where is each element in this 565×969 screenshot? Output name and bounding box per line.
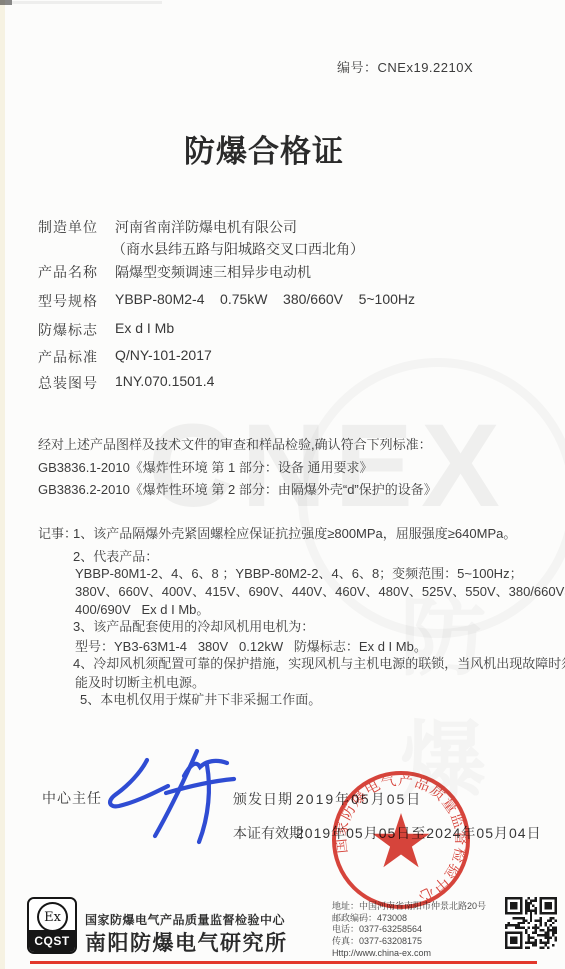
- certificate-page: 编号：CNEx19.2210X 防爆合格证 制造单位 河南省南洋防爆电机有限公司…: [0, 0, 565, 969]
- ex-mark-text: Ex: [44, 910, 61, 925]
- field-value: Q/NY-101-2017: [115, 347, 212, 363]
- field-label: 型号规格: [38, 291, 98, 311]
- ex-mark-icon: Ex: [37, 902, 68, 932]
- contact-phone: 电话：0377-63258564: [332, 924, 502, 936]
- contact-block: 地址：中国河南省南阳市仲景北路20号 邮政编码：473008 电话：0377-6…: [332, 901, 502, 960]
- field-value: 隔爆型变频调速三相异步电动机: [115, 262, 311, 282]
- field-label: 产品标准: [38, 347, 98, 367]
- signature-strokes: [100, 748, 240, 853]
- org-name: 国家防爆电气产品质量监督检验中心: [85, 911, 285, 928]
- scan-smudge: [12, 1, 162, 4]
- field-label: 制造单位: [38, 217, 98, 237]
- notes-label: 记事：: [38, 523, 77, 542]
- field-value: （商水县纬五路与阳城路交叉口西北角）: [112, 239, 364, 259]
- director-signature: [100, 748, 240, 853]
- logo-top-section: Ex: [29, 899, 75, 930]
- contact-website: Http://www.china-ex.com: [332, 948, 502, 960]
- serial-label: 编号：: [337, 60, 378, 75]
- qr-code: [505, 897, 557, 949]
- field-label: 防爆标志: [38, 320, 98, 340]
- certificate-title: 防爆合格证: [184, 126, 344, 171]
- standard-line: GB3836.1-2010《爆炸性环境 第 1 部分：设备 通用要求》: [38, 457, 372, 476]
- serial-value: CNEx19.2210X: [378, 60, 474, 75]
- field-value: YBBP-80M2-4 0.75kW 380/660V 5~100Hz: [115, 291, 415, 307]
- scan-edge-strip: [0, 0, 5, 969]
- ex-cqst-logo: Ex CQST: [27, 897, 77, 954]
- scan-smudge: [0, 0, 12, 5]
- official-red-seal: 国家防爆电气产品质量监督检验中心: [328, 763, 474, 909]
- field-value: 河南省南洋防爆电机有限公司: [115, 217, 297, 237]
- field-value: 1NY.070.1501.4: [115, 373, 214, 389]
- field-value: Ex d I Mb: [115, 320, 174, 336]
- note-line: YBBP-80M1-2、4、6、8 ；YBBP-80M2-2、4、6、8；变频范…: [75, 563, 523, 582]
- seal-star: [373, 813, 430, 867]
- note-line: 5、本电机仅用于煤矿井下非采掘工作面。: [80, 689, 321, 708]
- serial-number-line: 编号：CNEx19.2210X: [337, 57, 473, 76]
- cqst-mark: CQST: [29, 930, 75, 952]
- note-line: 3、该产品配套使用的冷却风机用电机为：: [73, 616, 314, 635]
- contact-postcode: 邮政编码：473008: [332, 913, 502, 925]
- declaration-intro: 经对上述产品图样及技术文件的审查和样品检验,确认符合下列标准：: [38, 434, 432, 453]
- note-line: 1、该产品隔爆外壳紧固螺栓应保证抗拉强度≥800MPa，屈服强度≥640MPa。: [73, 523, 516, 542]
- note-line: 380V、660V、400V、415V、690V、440V、460V、480V、…: [75, 581, 565, 600]
- director-label: 中心主任: [42, 788, 102, 808]
- field-label: 产品名称: [38, 262, 98, 282]
- seal-image: 国家防爆电气产品质量监督检验中心: [328, 763, 474, 909]
- footer-divider: [30, 961, 537, 964]
- standard-line: GB3836.2-2010《爆炸性环境 第 2 部分：由隔爆外壳“d”保护的设备…: [38, 479, 437, 498]
- validity-label: 本证有效期: [233, 823, 303, 843]
- field-label: 总装图号: [38, 373, 98, 393]
- contact-fax: 传真：0377-63208175: [332, 936, 502, 948]
- qr-code-image: [505, 897, 557, 949]
- issue-date-label: 颁发日期: [233, 789, 293, 809]
- note-line: 4、冷却风机须配置可靠的保护措施，实现风机与主机电源的联锁，当风机出现故障时须: [73, 653, 565, 672]
- institute-name: 南阳防爆电气研究所: [85, 927, 288, 957]
